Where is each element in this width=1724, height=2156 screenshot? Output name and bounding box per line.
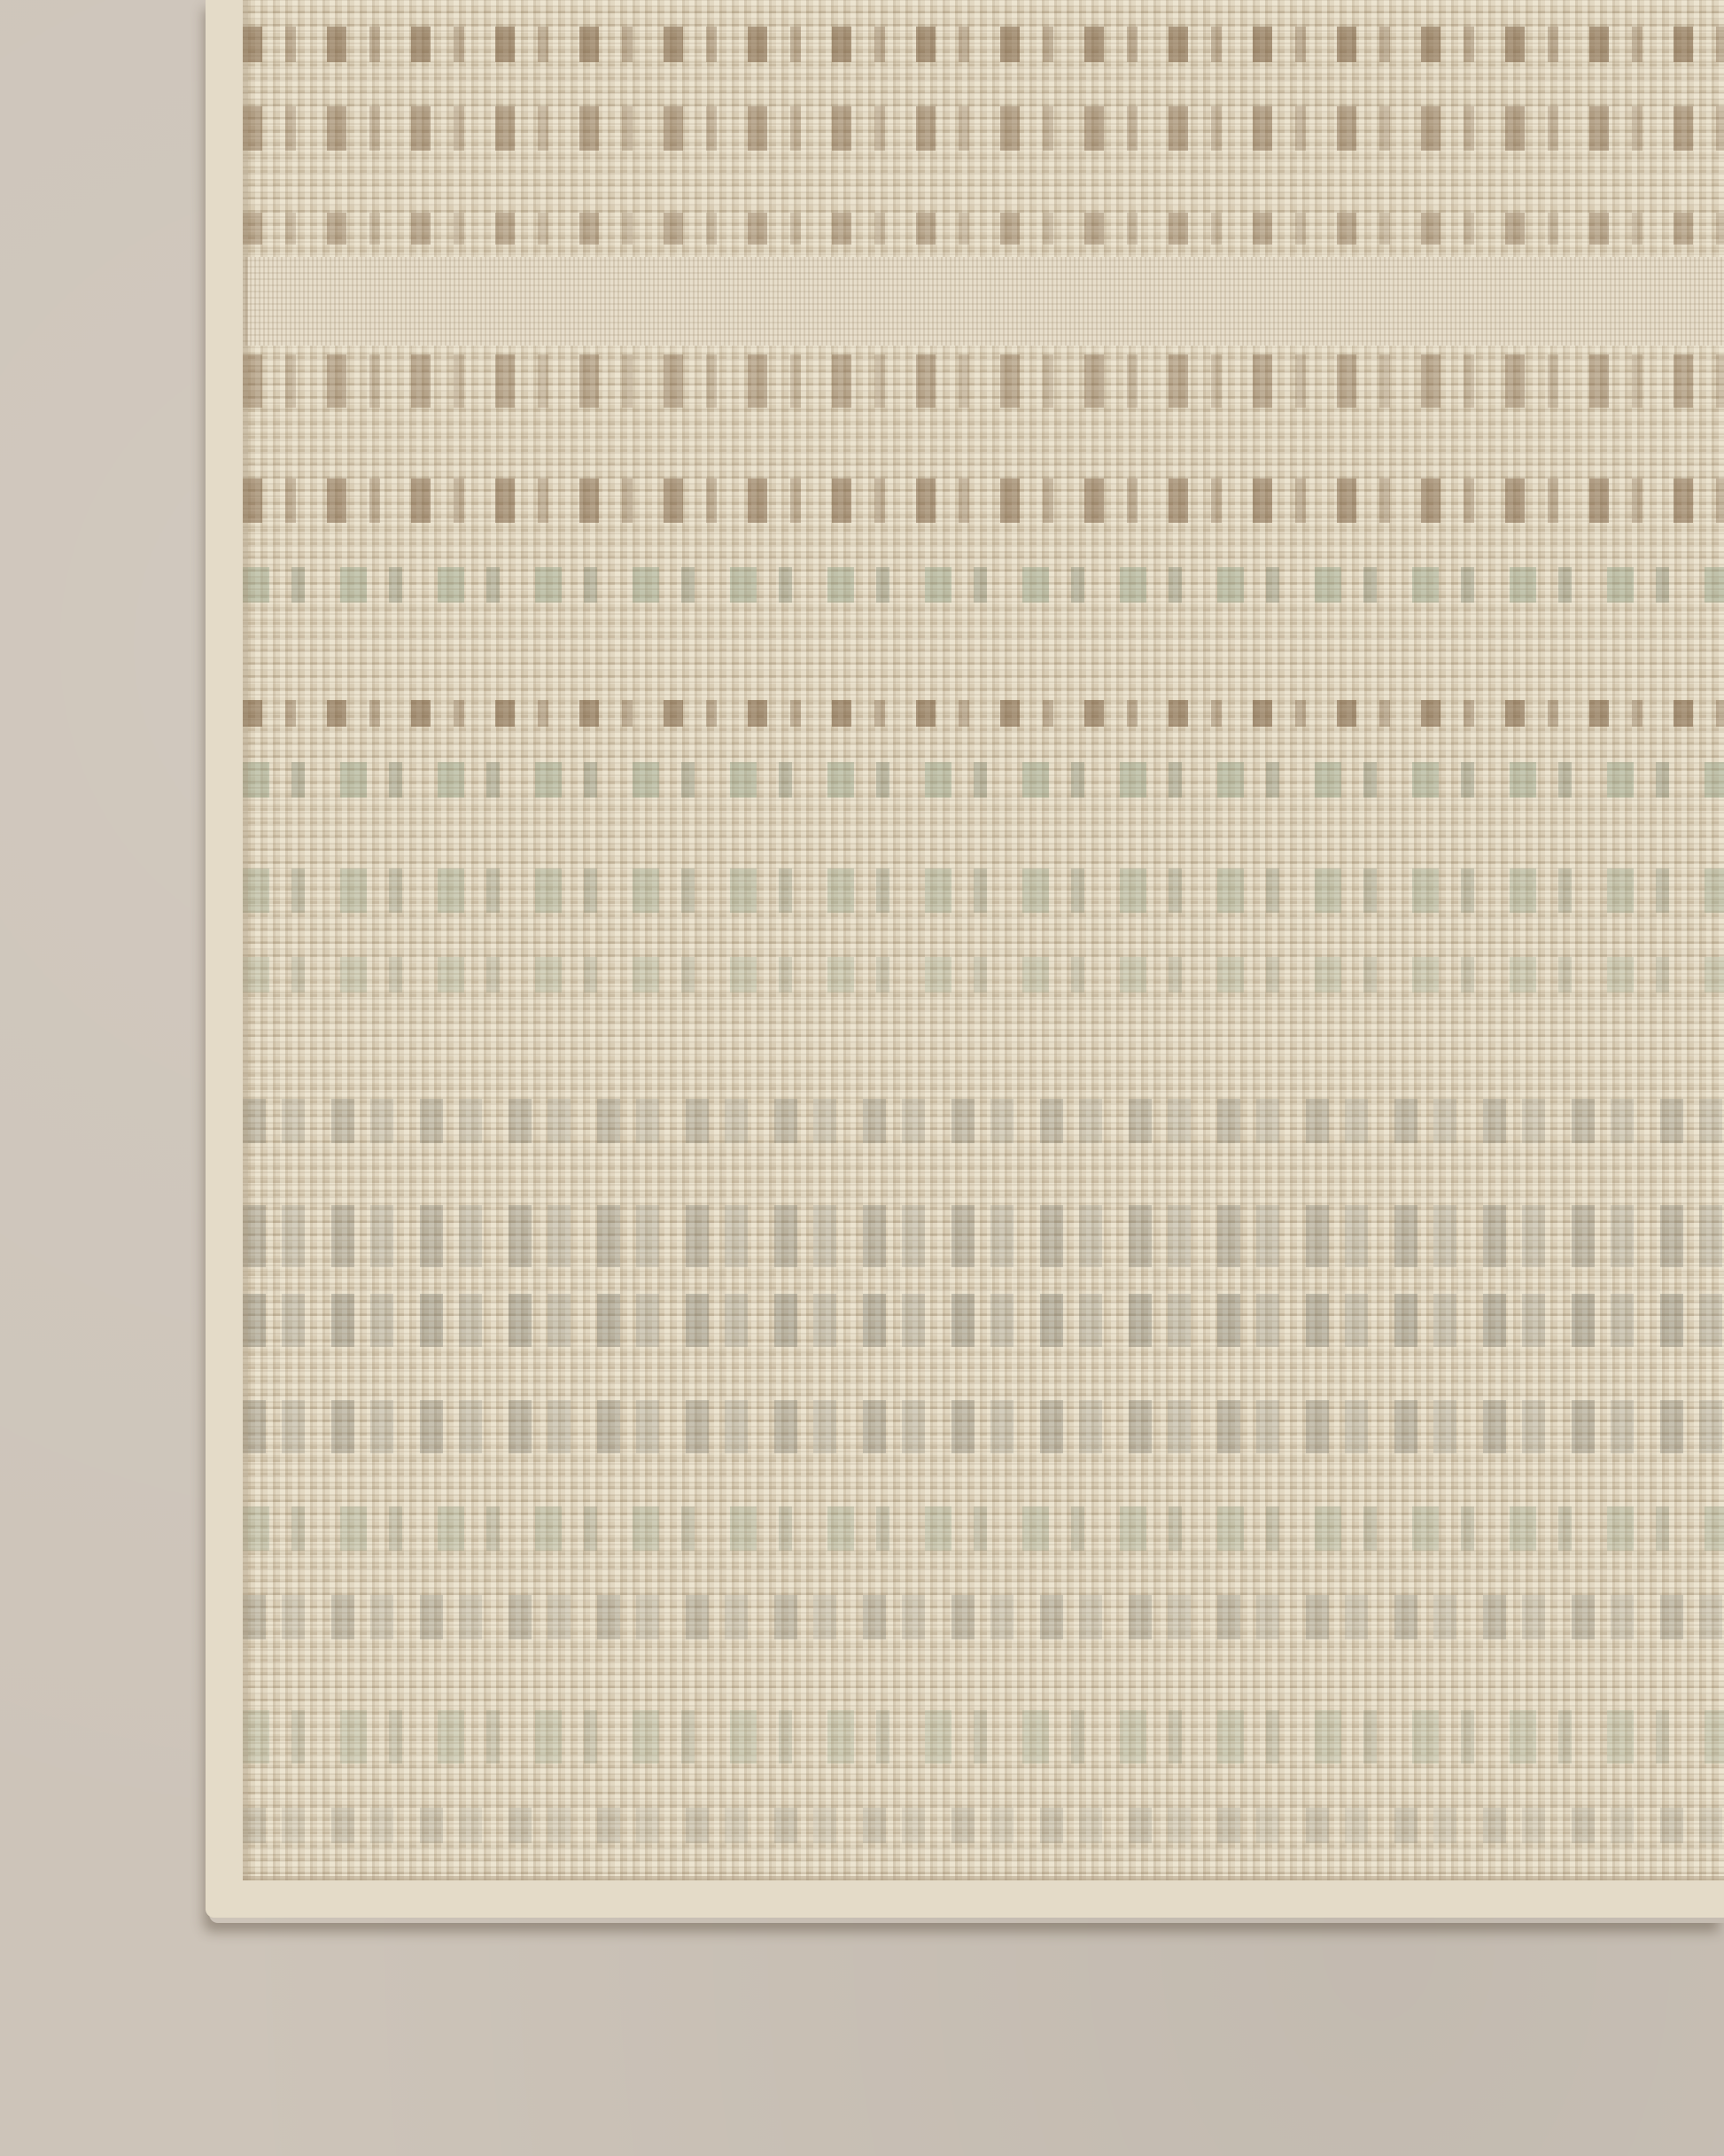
pattern-band [243,1205,1724,1267]
rug-field [243,0,1724,1880]
pattern-band [243,762,1724,798]
pattern-band [243,213,1724,245]
pattern-band [243,868,1724,913]
pattern-band [243,1506,1724,1551]
pattern-band [243,1400,1724,1453]
pattern-band [243,1099,1724,1143]
pattern-band [243,354,1724,408]
pattern-band [243,1595,1724,1639]
inner-border-line [243,1876,1724,1880]
pattern-band [243,567,1724,603]
pattern-band [243,1294,1724,1347]
pattern-band [243,1710,1724,1763]
pattern-band [243,700,1724,727]
pattern-band [243,1808,1724,1843]
pattern-band [243,27,1724,62]
pattern-band [243,957,1724,992]
plain-weave-band [243,257,1724,346]
pattern-band [243,106,1724,151]
pattern-band [243,479,1724,523]
rug [206,0,1724,1918]
inner-border-line [243,0,248,1880]
